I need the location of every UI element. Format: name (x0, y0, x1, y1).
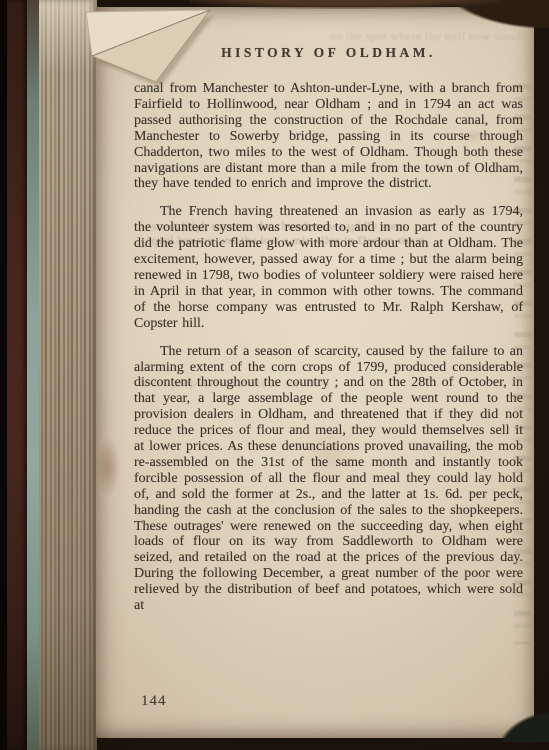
running-head: HISTORY OF OLDHAM. (134, 46, 523, 60)
cover-edge-top (190, 0, 500, 9)
page-number: 144 (141, 693, 167, 710)
stain (96, 428, 126, 506)
book-spine-leather (7, 0, 27, 750)
book-photo: on the spot where the mill now stands sc… (0, 0, 549, 750)
page-content: HISTORY OF OLDHAM. canal from Manchester… (134, 46, 523, 708)
stacked-page-edges (39, 0, 97, 750)
body-paragraph: The return of a season of scarcity, caus… (134, 344, 523, 614)
photo-edge-shadow (0, 0, 7, 750)
body-paragraph: canal from Manchester to Ashton-under-Ly… (134, 81, 523, 192)
body-paragraph: The French having threatened an invasion… (134, 204, 523, 331)
endpaper-strip (27, 0, 39, 750)
